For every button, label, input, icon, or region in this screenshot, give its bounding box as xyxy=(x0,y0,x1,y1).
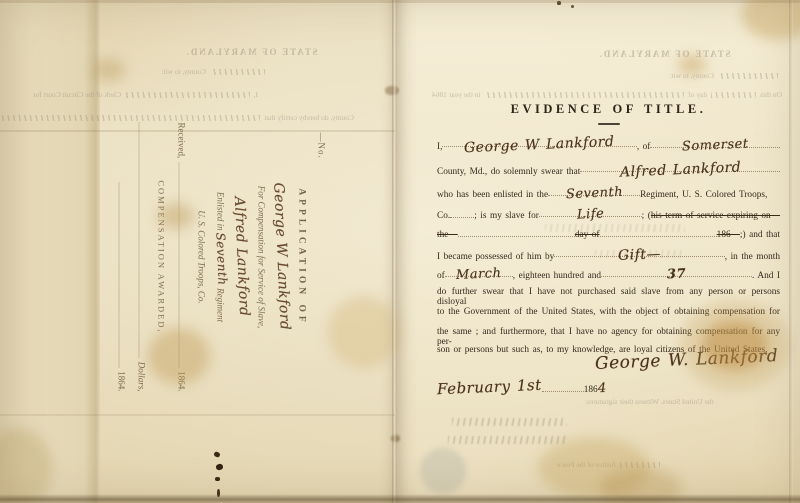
bleedthrough-signature-squiggle xyxy=(448,436,568,444)
printed-text: Regiment, U. S. Colored Troops, xyxy=(640,190,767,200)
date-handwriting: February 1st xyxy=(437,376,542,399)
page-edge-shadow xyxy=(0,0,800,3)
docket-line-slave: Alfred Lankford xyxy=(232,123,252,392)
claimant-name-handwriting: George W Lankford xyxy=(464,134,615,157)
docket-awarded-label: COMPENSATION AWARDED, xyxy=(157,180,167,333)
bleedthrough-text: County, to wit: xyxy=(125,67,265,76)
form-line-8: do further swear that I have not purchas… xyxy=(437,287,780,307)
docket-received-label: Received, xyxy=(172,123,192,159)
bleedthrough-certify-label: County, do hereby certify that xyxy=(264,113,354,122)
bleedthrough-dayof-label: day of xyxy=(688,90,707,99)
printed-text: do further swear that I have not purchas… xyxy=(437,287,780,307)
printed-text: of xyxy=(437,271,445,281)
bleedthrough-handwriting-squiggle xyxy=(711,92,756,98)
bleedthrough-text: County, to wit: xyxy=(618,71,778,80)
docket-line-enlisted: Enlisted in Seventh Regiment xyxy=(212,123,232,392)
struck-printed-text: 186— xyxy=(717,230,740,240)
form-line-3: who has been enlisted in the Seventh Reg… xyxy=(437,186,780,200)
printed-text: ; is my slave for xyxy=(474,211,539,221)
blank-field xyxy=(542,382,584,392)
docket-line-no: —No. xyxy=(312,123,332,392)
form-line-6: I became possessed of him by Gift— , in … xyxy=(437,247,780,262)
printed-text: 186 xyxy=(584,385,598,395)
struck-printed-text: his term of service expiring on— xyxy=(651,211,780,221)
slave-name-handwriting: Alfred Lankford xyxy=(619,159,741,180)
term-handwriting: Life xyxy=(576,206,604,222)
form-line-4: Co. ; is my slave for Life ; ( his term … xyxy=(437,207,780,221)
printed-text: , of xyxy=(637,142,651,152)
struck-printed-text: the— xyxy=(437,230,458,240)
bleedthrough-year-label: in the year 1864 xyxy=(432,90,481,99)
bleedthrough-text: On this day of in the year 1864 xyxy=(432,90,782,99)
docket-line-for-compensation: For Compensation for Service of Slave, xyxy=(252,123,272,392)
bleedthrough-onthis-label: On this xyxy=(760,90,782,99)
bleedthrough-text: STATE OF MARYLAND. xyxy=(598,49,731,59)
form-line-5: the— day of 186— ;) and that xyxy=(437,227,780,240)
bleedthrough-text: I, Clerk of the Circuit Court for xyxy=(33,90,258,99)
blank-field xyxy=(450,208,474,218)
bleedthrough-text: STATE OF MARYLAND. xyxy=(185,47,318,57)
date-line: February 1st 186 4 xyxy=(437,378,662,396)
dotted-leader xyxy=(119,183,128,368)
bleedthrough-county-label: County, to wit: xyxy=(669,71,714,80)
left-fold-panel xyxy=(0,0,100,503)
form-line-9: to the Government of the United States, … xyxy=(437,307,780,317)
evidence-of-title-form: EVIDENCE OF TITLE. I, George W Lankford … xyxy=(437,100,780,410)
docket-troops-label: U. S. Colored Troops, Co. xyxy=(197,210,207,303)
bleedthrough-signature-squiggle xyxy=(452,418,567,426)
docket-line-application-of: APPLICATION OF xyxy=(292,123,312,392)
dotted-leader xyxy=(179,162,188,367)
bleedthrough-text: County, do hereby certify that xyxy=(2,113,354,122)
printed-text: ; ( xyxy=(642,211,651,221)
month-handwriting: March xyxy=(456,266,502,283)
docket-awarded-year: 1864. xyxy=(112,371,132,391)
printed-text: who has been enlisted in the xyxy=(437,190,548,200)
docket-for-compensation-label: For Compensation for Service of Slave, xyxy=(257,186,267,328)
struck-printed-text: day of xyxy=(575,230,600,240)
docket-application-of-label: APPLICATION OF xyxy=(297,188,307,325)
fold-crease xyxy=(392,0,397,503)
printed-text: , eighteen hundred and xyxy=(513,271,601,281)
printed-text: Co. xyxy=(437,211,450,221)
docket-line-awarded: COMPENSATION AWARDED, xyxy=(152,123,172,392)
docket-dollars-label: Dollars, xyxy=(132,362,152,392)
fold-crease xyxy=(0,414,395,416)
form-title: EVIDENCE OF TITLE. xyxy=(437,102,780,117)
bleedthrough-handwriting-squiggle xyxy=(125,92,250,98)
docket-line-applicant: George W Lankford xyxy=(272,123,292,392)
bleedthrough-clerk-label: Clerk of the Circuit Court for xyxy=(33,90,121,99)
bleedthrough-text: Justice of the Peace xyxy=(520,460,660,469)
dotted-leader xyxy=(139,123,148,358)
printed-text: the same ; and furthermore, that I have … xyxy=(437,327,780,347)
docket-regiment-handwriting: Seventh xyxy=(210,232,232,286)
bleedthrough-state-label: STATE OF MARYLAND. xyxy=(185,47,318,57)
bleedthrough-i-label: I, xyxy=(254,90,258,99)
date-year-handwriting: 4 xyxy=(597,381,606,396)
docket-line-dollars: Dollars, xyxy=(132,123,152,392)
bleedthrough-state-label: STATE OF MARYLAND. xyxy=(598,49,731,59)
printed-text: , in the month xyxy=(725,252,780,262)
fold-crease xyxy=(0,130,395,132)
form-line-10: the same ; and furthermore, that I have … xyxy=(437,327,780,347)
blank-field xyxy=(600,227,717,237)
bleedthrough-county-label: County, to wit: xyxy=(161,67,206,76)
docket-enlisted-post-label: Regiment xyxy=(216,288,226,322)
blank-field xyxy=(458,227,575,237)
docket-applicant-name-handwriting: George W Lankford xyxy=(268,183,294,332)
printed-text: . And I xyxy=(752,271,780,281)
title-ornament xyxy=(598,123,620,125)
document-scan: STATE OF MARYLAND. County, to wit: I, Cl… xyxy=(0,0,800,503)
bleedthrough-handwriting-squiggle xyxy=(718,73,778,79)
signature-george-lankford: George W. Lankford xyxy=(594,346,778,374)
docket-line-received: Received, 1864. xyxy=(172,123,192,392)
bleedthrough-handwriting-squiggle xyxy=(485,92,685,98)
bleedthrough-handwriting-squiggle xyxy=(210,69,265,75)
county-handwriting: Somerset xyxy=(682,137,749,155)
bleedthrough-handwriting-squiggle xyxy=(620,462,660,468)
year-handwriting: 37 xyxy=(667,267,687,283)
docket-enlisted-pre-label: Enlisted in xyxy=(216,192,226,231)
docket-no-label: —No. xyxy=(317,133,327,159)
signature-block: George W. Lankford xyxy=(595,350,778,370)
bleedthrough-justice-label: Justice of the Peace xyxy=(557,460,616,469)
docket-line-year: 1864. xyxy=(112,123,132,392)
docket-received-year: 1864. xyxy=(172,371,192,391)
printed-text: I became possessed of him by xyxy=(437,252,554,262)
printed-text: ;) and that xyxy=(740,230,780,240)
page-edge-crease xyxy=(789,0,793,503)
printed-text: County, Md., do solemnly swear that xyxy=(437,167,580,177)
bleedthrough-handwriting-squiggle xyxy=(2,115,260,121)
docket-panel: —No. APPLICATION OF George W Lankford Fo… xyxy=(108,123,332,392)
form-line-1: I, George W Lankford , of Somerset xyxy=(437,137,780,152)
docket-line-troops: U. S. Colored Troops, Co. xyxy=(192,123,212,392)
fold-crease xyxy=(0,494,800,503)
printed-text: to the Government of the United States, … xyxy=(437,307,780,317)
possession-handwriting: Gift— xyxy=(618,246,662,264)
docket-slave-name-handwriting: Alfred Lankford xyxy=(229,197,254,318)
form-line-2: County, Md., do solemnly swear that Alfr… xyxy=(437,162,780,177)
form-line-7: of March , eighteen hundred and 37 . And… xyxy=(437,267,780,281)
regiment-handwriting: Seventh xyxy=(565,185,623,202)
